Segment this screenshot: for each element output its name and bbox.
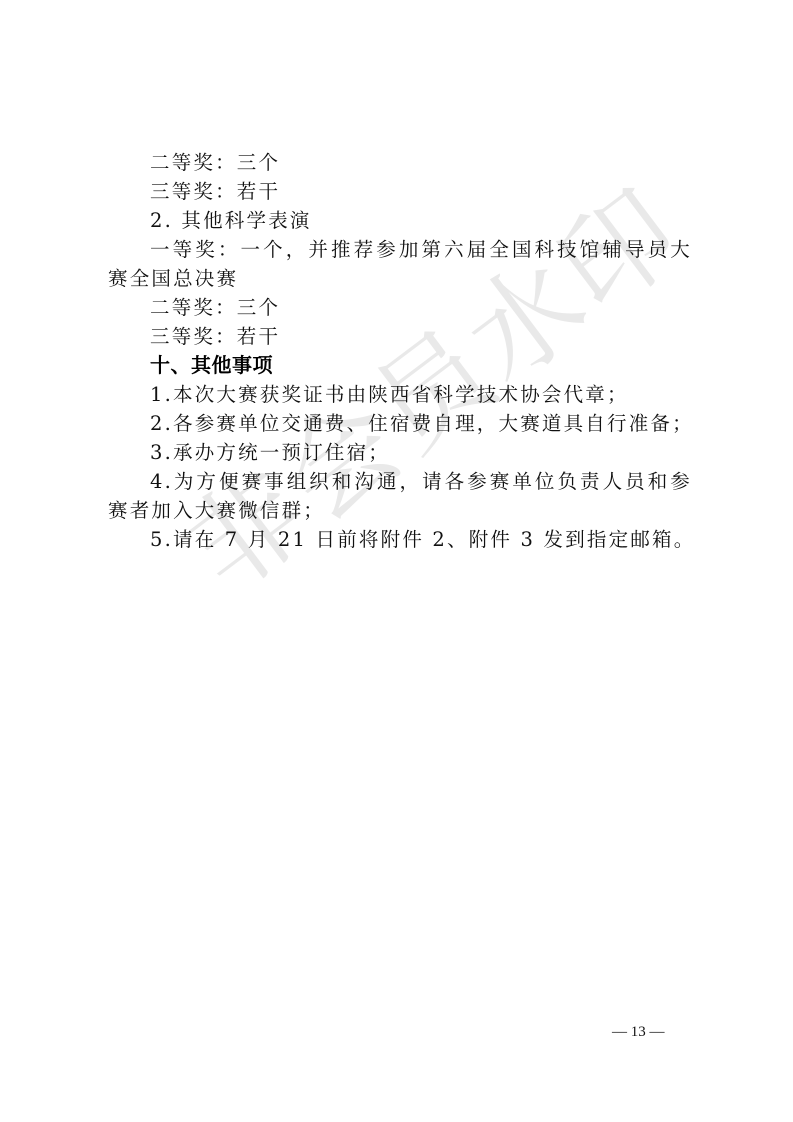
section-heading-other-matters: 十、其他事项 bbox=[108, 351, 692, 380]
page-number: — 13 — bbox=[612, 1024, 665, 1041]
prize-third-2: 三等奖：若干 bbox=[108, 322, 692, 351]
matter-item-4: 4.为方便赛事组织和沟通，请各参赛单位负责人员和参赛者加入大赛微信群； bbox=[108, 467, 692, 525]
document-page: 非会员水印 二等奖：三个 三等奖：若干 2. 其他科学表演 一等奖：一个，并推荐… bbox=[0, 0, 793, 1122]
document-body: 二等奖：三个 三等奖：若干 2. 其他科学表演 一等奖：一个，并推荐参加第六届全… bbox=[108, 148, 692, 554]
matter-item-1: 1.本次大赛获奖证书由陕西省科学技术协会代章； bbox=[108, 380, 692, 409]
prize-second-1: 二等奖：三个 bbox=[108, 148, 692, 177]
prize-first-2: 一等奖：一个，并推荐参加第六届全国科技馆辅导员大赛全国总决赛 bbox=[108, 235, 692, 293]
matter-item-3: 3.承办方统一预订住宿； bbox=[108, 438, 692, 467]
matter-item-5: 5.请在 7 月 21 日前将附件 2、附件 3 发到指定邮箱。 bbox=[108, 525, 692, 554]
prize-second-2: 二等奖：三个 bbox=[108, 293, 692, 322]
matter-item-2: 2.各参赛单位交通费、住宿费自理，大赛道具自行准备； bbox=[108, 409, 692, 438]
section-other-science-shows: 2. 其他科学表演 bbox=[108, 206, 692, 235]
prize-third-1: 三等奖：若干 bbox=[108, 177, 692, 206]
